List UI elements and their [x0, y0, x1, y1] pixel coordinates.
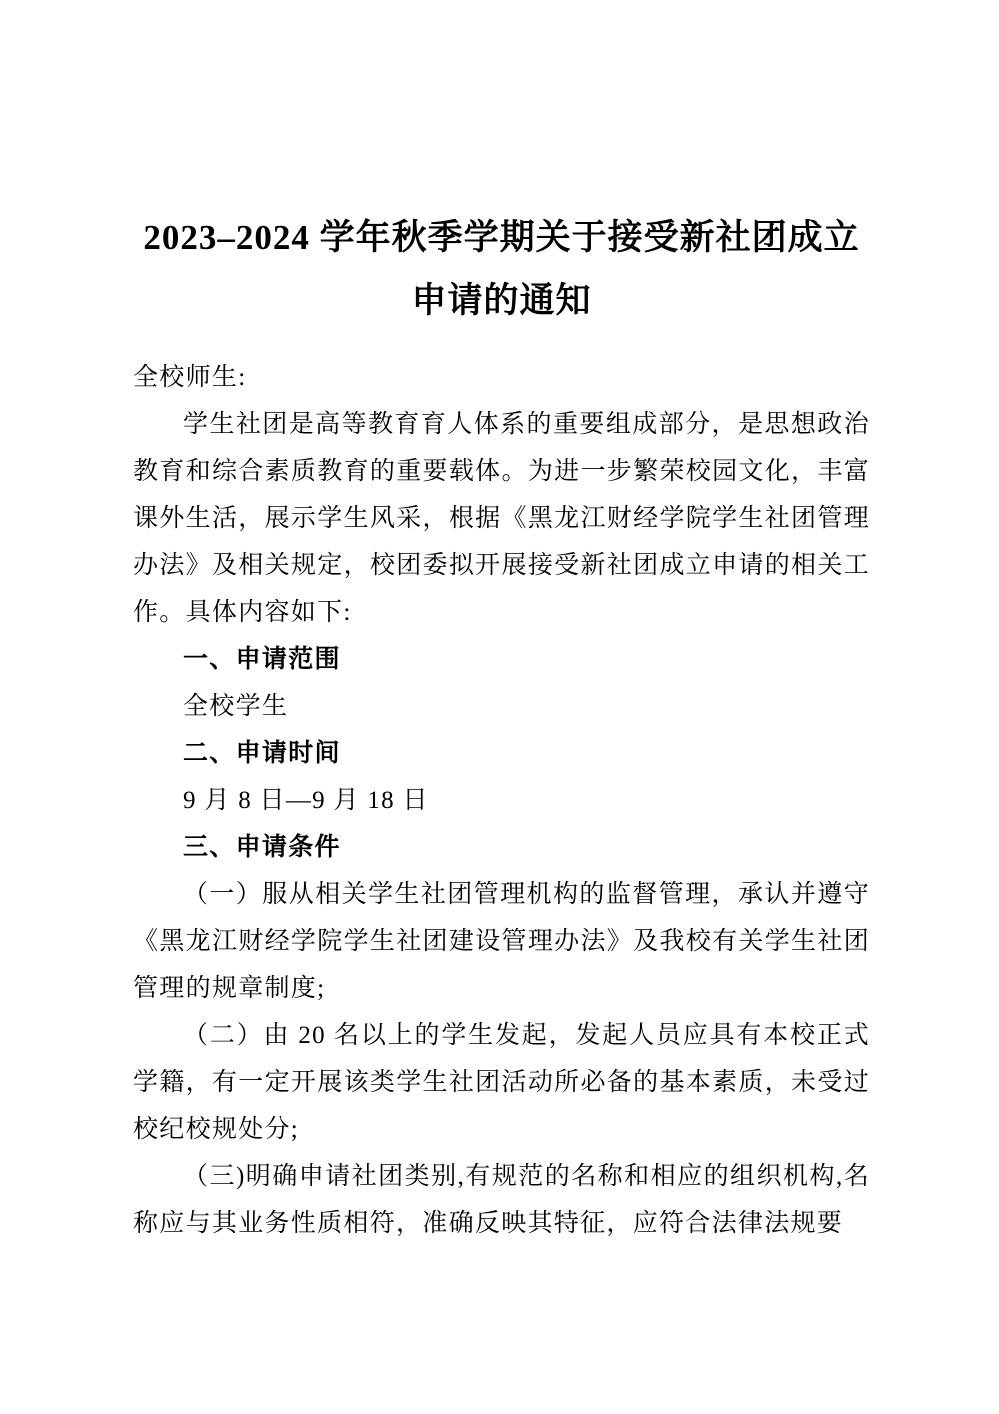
heading-application-conditions: 三、申请条件	[133, 824, 870, 871]
salutation: 全校师生:	[133, 354, 870, 401]
condition-paragraph-2: （二）由 20 名以上的学生发起，发起人员应具有本校正式学籍，有一定开展该类学生…	[133, 1012, 870, 1153]
document-title-line1: 2023–2024 学年秋季学期关于接受新社团成立	[133, 206, 870, 269]
application-time-text: 9 月 8 日—9 月 18 日	[133, 777, 870, 824]
intro-paragraph: 学生社团是高等教育育人体系的重要组成部分，是思想政治教育和综合素质教育的重要载体…	[133, 401, 870, 636]
document-title: 2023–2024 学年秋季学期关于接受新社团成立 申请的通知	[133, 206, 870, 332]
condition-paragraph-1: （一）服从相关学生社团管理机构的监督管理，承认并遵守《黑龙江财经学院学生社团建设…	[133, 871, 870, 1012]
condition-paragraph-3: （三)明确申请社团类别,有规范的名称和相应的组织机构,名称应与其业务性质相符，准…	[133, 1153, 870, 1247]
document-page: 2023–2024 学年秋季学期关于接受新社团成立 申请的通知 全校师生: 学生…	[0, 0, 999, 1414]
heading-application-scope: 一、申请范围	[133, 636, 870, 683]
document-title-line2: 申请的通知	[133, 269, 870, 332]
heading-application-time: 二、申请时间	[133, 730, 870, 777]
document-body: 全校师生: 学生社团是高等教育育人体系的重要组成部分，是思想政治教育和综合素质教…	[133, 354, 870, 1247]
application-scope-text: 全校学生	[133, 683, 870, 730]
